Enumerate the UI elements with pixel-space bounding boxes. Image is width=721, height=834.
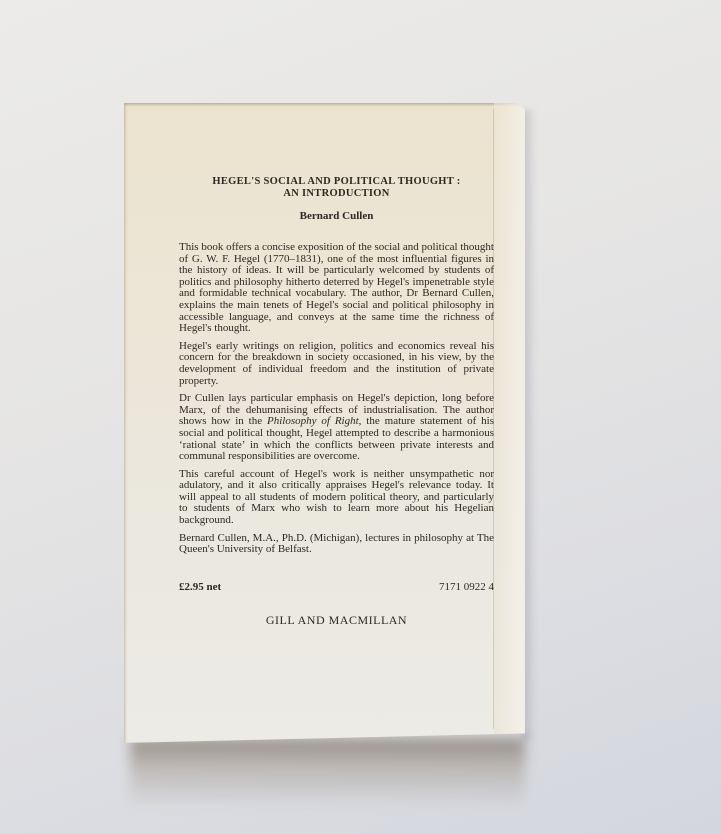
blurb-paragraph: This careful account of Hegel's work is … bbox=[179, 469, 494, 527]
book-spine-edge bbox=[494, 103, 525, 743]
isbn: 7171 0922 4 bbox=[439, 581, 494, 593]
book-shadow bbox=[130, 738, 525, 808]
book-title: HEGEL'S SOCIAL AND POLITICAL THOUGHT : A… bbox=[179, 176, 494, 200]
author-bio: Bernard Cullen, M.A., Ph.D. (Michigan), … bbox=[179, 533, 494, 556]
book-author: Bernard Cullen bbox=[179, 210, 494, 222]
price: £2.95 net bbox=[179, 581, 221, 593]
publisher: GILL AND MACMILLAN bbox=[179, 613, 494, 628]
price-isbn-row: £2.95 net 7171 0922 4 bbox=[179, 581, 494, 593]
book-title-reference: Philosophy of Right bbox=[267, 415, 359, 427]
cover-text: HEGEL'S SOCIAL AND POLITICAL THOUGHT : A… bbox=[179, 176, 494, 628]
blurb: This book offers a concise exposition of… bbox=[179, 242, 494, 556]
blurb-paragraph: Dr Cullen lays particular emphasis on He… bbox=[179, 393, 494, 463]
book-back-cover: HEGEL'S SOCIAL AND POLITICAL THOUGHT : A… bbox=[124, 103, 525, 743]
blurb-paragraph: This book offers a concise exposition of… bbox=[179, 242, 494, 335]
blurb-paragraph: Hegel's early writings on religion, poli… bbox=[179, 341, 494, 387]
